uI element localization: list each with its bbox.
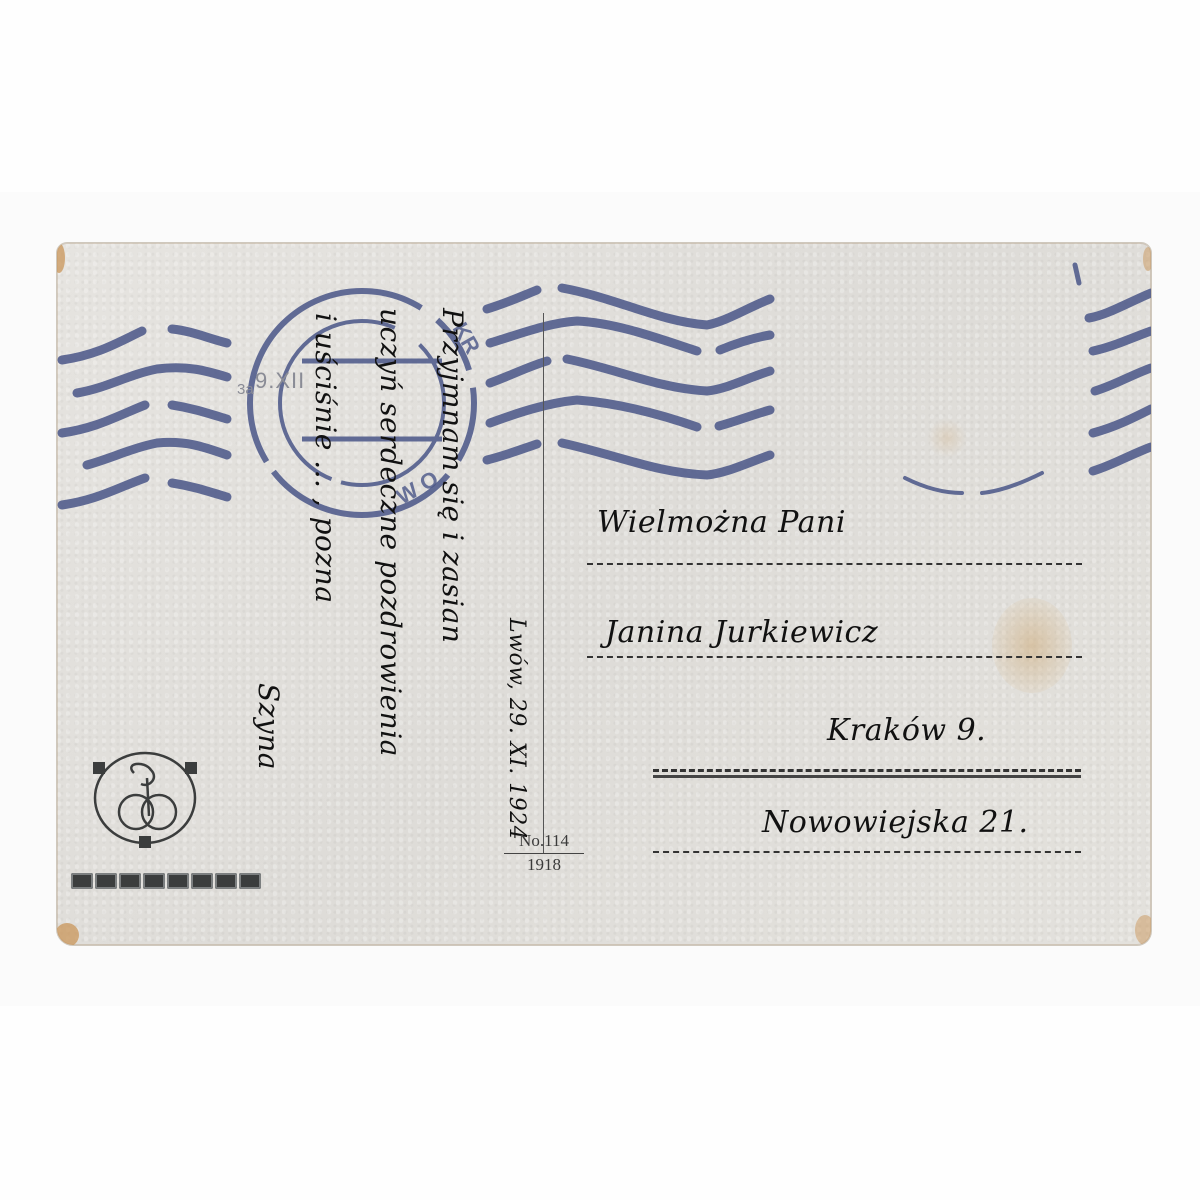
postcard: KR W O 3a 9.XII Wielmożna Pani Janina Ju… <box>57 243 1151 945</box>
address-rule <box>587 656 1082 658</box>
background-top <box>0 0 1200 192</box>
message-line-1: Przyjmnam się i zasian <box>436 308 469 643</box>
address-line-2: Janina Jurkiewicz <box>605 615 878 650</box>
address-line-3: Kraków 9. <box>827 713 986 748</box>
background-bottom <box>0 1006 1200 1200</box>
publisher-number: No.114 1918 <box>504 831 584 875</box>
publisher-ornament-strip <box>71 873 261 889</box>
address-divider <box>543 313 544 853</box>
address-rule <box>587 563 1082 565</box>
message-dateline: Lwów, 29. XI. 1924 <box>504 618 529 840</box>
message-line-2: uczyń serdeczne pozdrowienia <box>374 308 407 757</box>
message-line-3: i uściśnie ... , pozna <box>309 313 342 603</box>
publisher-year: 1918 <box>504 854 584 875</box>
address-line-4: Nowowiejska 21. <box>762 805 1029 840</box>
postmark-date: 9.XII <box>255 368 305 394</box>
monogram-logo-icon <box>89 748 239 848</box>
postmark-prefix: 3a <box>237 381 254 398</box>
signature: Szyna <box>252 683 285 770</box>
address-line-1: Wielmożna Pani <box>597 505 846 540</box>
publisher-number-value: No.114 <box>504 831 584 854</box>
address-rule <box>653 851 1081 853</box>
address-rule-city <box>653 769 1081 772</box>
